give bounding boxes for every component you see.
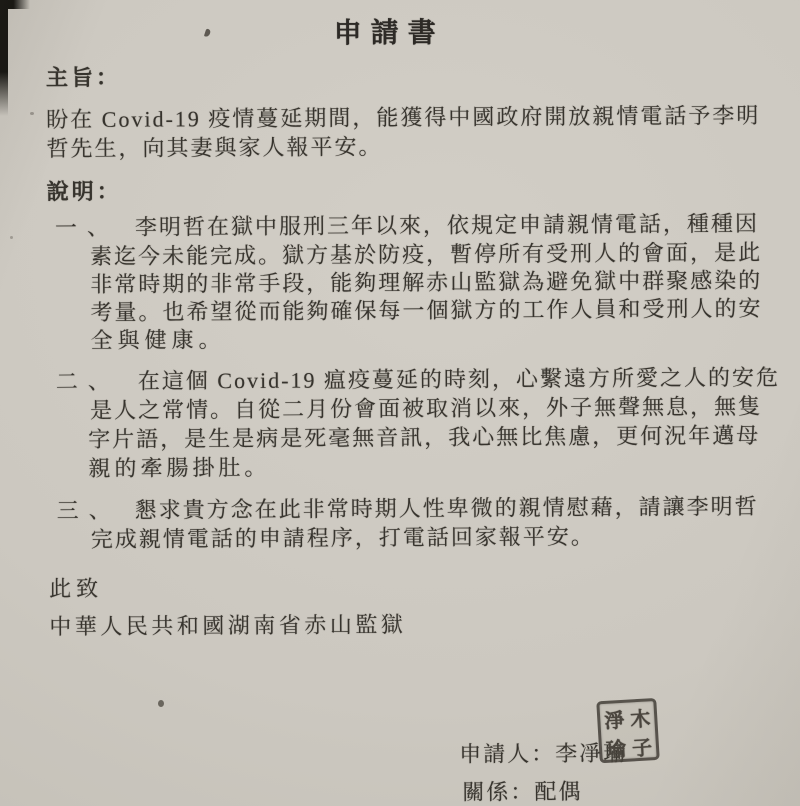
item-3-number: 三、	[57, 499, 121, 523]
item-2-line-2: 是人之常情。自從二月份會面被取消以來，外子無聲無息，無隻	[90, 395, 762, 423]
item-3-line-2: 完成親情電話的申請程序，打電話回家報平安。	[91, 525, 595, 552]
document-photo: 申請書 主旨： 盼在 Covid-19 疫情蔓延期間，能獲得中國政府開放親情電話…	[0, 0, 800, 806]
item-1-line-2: 素迄今未能完成。獄方基於防疫，暫停所有受刑人的會面，是此	[90, 241, 762, 269]
subject-line-2: 哲先生，向其妻與家人報平安。	[46, 135, 382, 161]
relation-value: 配偶	[534, 779, 582, 804]
relation-label: 關係：	[462, 779, 534, 804]
seal-char-bottom-right: 子	[628, 731, 656, 761]
recipient-line: 中華人民共和國湖南省赤山監獄	[49, 613, 406, 639]
applicant-label: 申請人：	[459, 741, 555, 767]
seal-char-bottom-left: 瑜	[602, 733, 630, 763]
seal-char-top-left: 淨	[600, 704, 628, 734]
document-title: 申請書	[334, 18, 445, 51]
item-2-line-1: 在這個 Covid-19 瘟疫蔓延的時刻，心繫遠方所愛之人的安危	[138, 366, 780, 394]
item-1-number: 一、	[55, 216, 119, 240]
explanation-label: 說明：	[47, 180, 122, 204]
closing-phrase: 此致	[49, 577, 103, 601]
relation-line: 關係：配偶	[462, 780, 582, 805]
item-1-line-3: 非常時期的非常手段，能夠理解赤山監獄為避免獄中群聚感染的	[90, 269, 762, 297]
item-1-line-4: 考量。也希望從而能夠確保每一個獄方的工作人員和受刑人的安	[90, 297, 762, 325]
item-1-line-1: 李明哲在獄中服刑三年以來，依規定申請親情電話，種種因	[135, 212, 759, 240]
application-letter: 申請書 主旨： 盼在 Covid-19 疫情蔓延期間，能獲得中國政府開放親情電話…	[0, 0, 800, 806]
subject-line-1: 盼在 Covid-19 疫情蔓延期間，能獲得中國政府開放親情電話予李明	[46, 104, 760, 132]
item-3-line-1: 懇求貴方念在此非常時期人性卑微的親情慰藉，請讓李明哲	[135, 495, 759, 523]
item-2-line-3: 字片語，是生是病是死毫無音訊，我心無比焦慮，更何況年邁母	[88, 424, 760, 452]
subject-label: 主旨：	[46, 66, 121, 90]
name-seal: 淨 木 瑜 子	[596, 698, 660, 763]
item-2-number: 二、	[56, 370, 120, 394]
seal-char-top-right: 木	[626, 702, 654, 732]
item-2-line-4: 親的牽腸掛肚。	[88, 456, 270, 481]
item-1-line-5: 全與健康。	[91, 328, 226, 353]
